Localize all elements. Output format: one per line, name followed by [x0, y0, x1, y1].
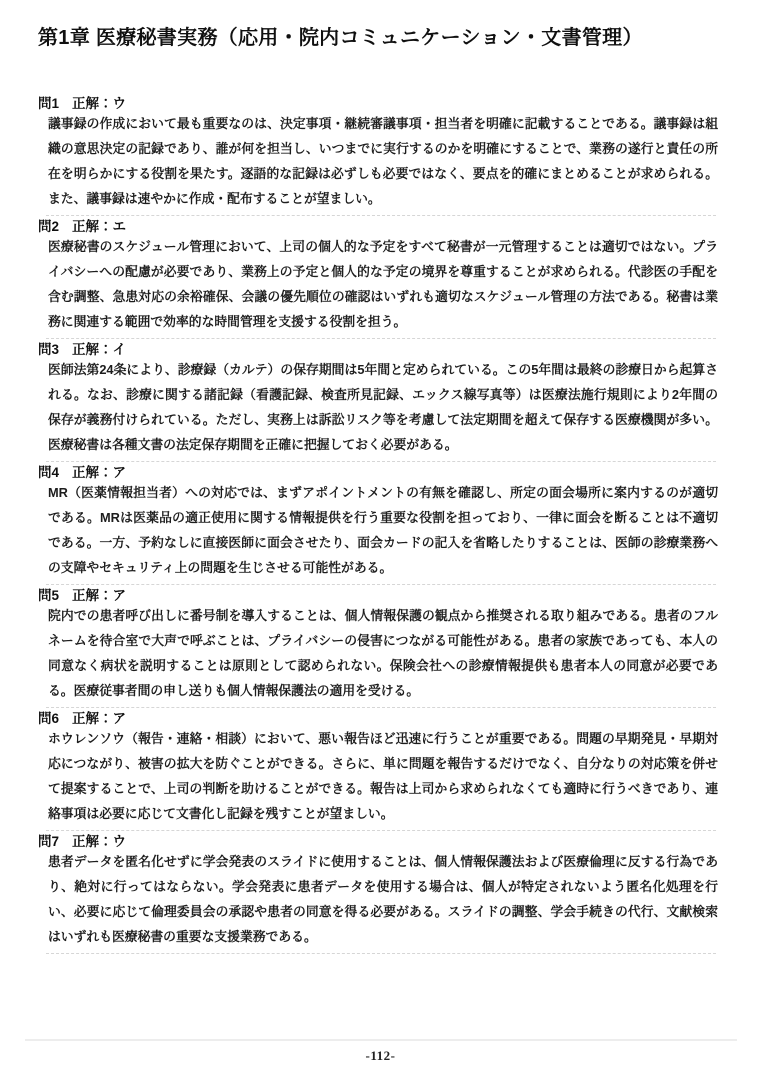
question-label: 問1	[38, 96, 59, 111]
question-label: 問6	[38, 711, 59, 726]
answer-label: 正解：ア	[72, 588, 126, 603]
page-number: -112-	[0, 1048, 761, 1064]
answer-label: 正解：エ	[72, 219, 126, 234]
section-divider	[46, 461, 716, 462]
answer-label: 正解：イ	[72, 342, 126, 357]
answer-label: 正解：ア	[72, 465, 126, 480]
footer-rule	[25, 1039, 737, 1041]
question-header: 問5 正解：ア	[38, 588, 718, 603]
question-label: 問2	[38, 219, 59, 234]
question-header: 問3 正解：イ	[38, 342, 718, 357]
section-divider	[46, 338, 716, 339]
question-block-2: 問2 正解：エ 医療秘書のスケジュール管理において、上司の個人的な予定をすべて秘…	[38, 219, 718, 334]
question-header: 問2 正解：エ	[38, 219, 718, 234]
page-title: 第1章 医療秘書実務（応用・院内コミュニケーション・文書管理）	[38, 24, 718, 52]
question-explanation: 医師法第24条により、診療録（カルテ）の保存期間は5年間と定められている。この5…	[38, 357, 718, 457]
question-explanation: 議事録の作成において最も重要なのは、決定事項・継続審議事項・担当者を明確に記載す…	[38, 111, 718, 211]
answer-label: 正解：ウ	[72, 96, 126, 111]
question-block-4: 問4 正解：ア MR（医薬情報担当者）への対応では、まずアポイントメントの有無を…	[38, 465, 718, 580]
question-header: 問1 正解：ウ	[38, 96, 718, 111]
question-block-7: 問7 正解：ウ 患者データを匿名化せずに学会発表のスライドに使用することは、個人…	[38, 834, 718, 949]
question-header: 問6 正解：ア	[38, 711, 718, 726]
answer-label: 正解：ウ	[72, 834, 126, 849]
question-label: 問3	[38, 342, 59, 357]
question-explanation: MR（医薬情報担当者）への対応では、まずアポイントメントの有無を確認し、所定の面…	[38, 480, 718, 580]
section-divider	[46, 953, 716, 954]
answer-label: 正解：ア	[72, 711, 126, 726]
question-explanation: 患者データを匿名化せずに学会発表のスライドに使用することは、個人情報保護法および…	[38, 849, 718, 949]
question-label: 問5	[38, 588, 59, 603]
question-explanation: ホウレンソウ（報告・連絡・相談）において、悪い報告ほど迅速に行うことが重要である…	[38, 726, 718, 826]
question-header: 問7 正解：ウ	[38, 834, 718, 849]
question-label: 問7	[38, 834, 59, 849]
section-divider	[46, 830, 716, 831]
question-block-3: 問3 正解：イ 医師法第24条により、診療録（カルテ）の保存期間は5年間と定めら…	[38, 342, 718, 457]
document-page: 第1章 医療秘書実務（応用・院内コミュニケーション・文書管理） 問1 正解：ウ …	[0, 0, 761, 1080]
question-block-5: 問5 正解：ア 院内での患者呼び出しに番号制を導入することは、個人情報保護の観点…	[38, 588, 718, 703]
question-label: 問4	[38, 465, 59, 480]
page-content: 第1章 医療秘書実務（応用・院内コミュニケーション・文書管理） 問1 正解：ウ …	[0, 0, 761, 954]
section-divider	[46, 707, 716, 708]
question-explanation: 医療秘書のスケジュール管理において、上司の個人的な予定をすべて秘書が一元管理する…	[38, 234, 718, 334]
section-divider	[46, 215, 716, 216]
question-block-6: 問6 正解：ア ホウレンソウ（報告・連絡・相談）において、悪い報告ほど迅速に行う…	[38, 711, 718, 826]
question-header: 問4 正解：ア	[38, 465, 718, 480]
question-block-1: 問1 正解：ウ 議事録の作成において最も重要なのは、決定事項・継続審議事項・担当…	[38, 96, 718, 211]
section-divider	[46, 584, 716, 585]
question-explanation: 院内での患者呼び出しに番号制を導入することは、個人情報保護の観点から推奨される取…	[38, 603, 718, 703]
